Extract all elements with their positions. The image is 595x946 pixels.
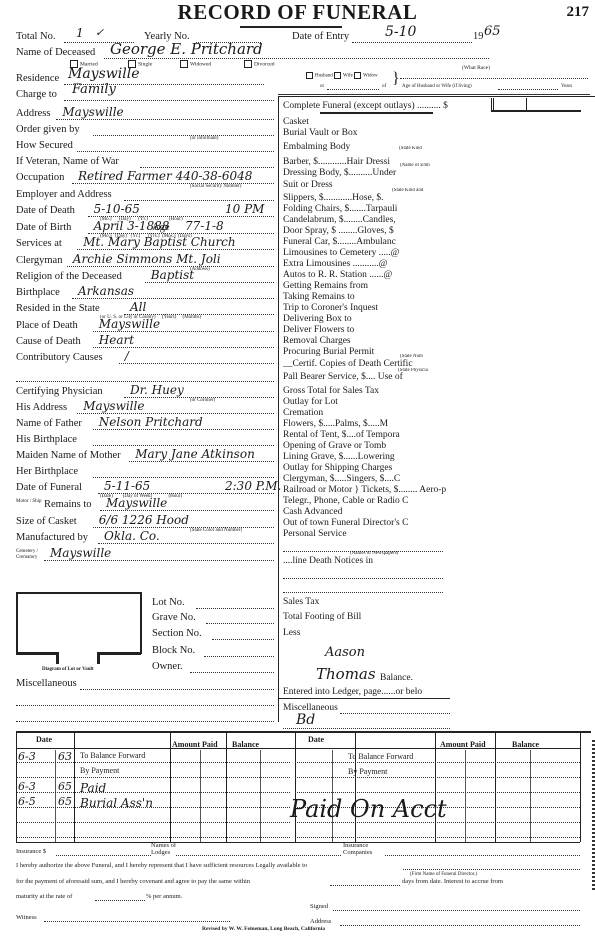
charge-item[interactable]: Limousines to Cemetery .....@ — [283, 248, 446, 258]
charge-item[interactable]: Telegr., Phone, Cable or Radio C — [283, 496, 446, 506]
ledger-header: Date — [308, 735, 324, 744]
field-label: If Veteran, Name of War — [16, 156, 119, 167]
address-field[interactable] — [340, 925, 580, 926]
charge-item[interactable]: Removal Charges — [283, 336, 446, 346]
lot-no-label: Lot No. — [152, 597, 185, 608]
ledger-label: Entered into Ledger, page......or belo — [283, 687, 422, 697]
field-value: Retired Farmer 440-38-6048 — [78, 169, 252, 183]
checkbox-icon — [180, 60, 188, 68]
charge-item[interactable]: Candelabrum, $........Candles, — [283, 215, 446, 225]
lot-no-field[interactable] — [196, 608, 274, 609]
field-value: Heart — [99, 333, 134, 347]
field-input[interactable] — [124, 200, 274, 201]
spouse-name-field[interactable] — [327, 89, 379, 90]
years-label: Years — [561, 84, 572, 89]
ledger-bottom-rule — [16, 842, 580, 843]
grave-no-label: Grave No. — [152, 612, 196, 623]
miscellaneous-field-2[interactable] — [16, 705, 274, 706]
charge-item[interactable]: Dressing Body, $..........Under — [283, 168, 446, 178]
ledger-description: To Balance Forward — [348, 752, 413, 761]
ledger-date: 6-5 — [18, 795, 36, 808]
misc-right-field[interactable] — [340, 713, 450, 714]
charge-blank-line[interactable] — [283, 578, 443, 579]
ledger-header: Amount Paid — [440, 740, 486, 749]
lot-diagram-box[interactable] — [16, 592, 142, 654]
field-input[interactable] — [119, 363, 274, 364]
ledger-row-right[interactable] — [295, 762, 580, 763]
charge-sub-note: (State Kind and — [392, 188, 446, 193]
checkbox-icon — [354, 72, 361, 79]
ledger-year: 65 — [58, 780, 72, 793]
signature-paid-on-acct: Paid On Acct — [290, 795, 447, 823]
ledger-row-right[interactable] — [295, 792, 580, 793]
misc-right-field-2[interactable] — [283, 728, 450, 729]
date-of-entry-value: 5-10 — [385, 24, 416, 40]
balance-label: Balance. — [380, 673, 413, 683]
field-label: Clergyman — [16, 255, 62, 266]
ledger-header-rule — [16, 748, 580, 749]
marital-divorced[interactable]: Divorced — [244, 60, 274, 68]
field-value: Mt. Mary Baptist Church — [83, 235, 235, 249]
age-spouse-field[interactable] — [498, 89, 558, 90]
address-label: Address — [310, 918, 331, 925]
field-label: Her Birthplace — [16, 466, 78, 477]
charge-item[interactable]: Personal Service — [283, 529, 446, 539]
field-input[interactable] — [77, 413, 274, 414]
field-input[interactable] — [72, 298, 274, 299]
page-title: RECORD OF FUNERAL — [0, 0, 595, 25]
charge-item[interactable]: Lining Grave, $......Lowering — [283, 452, 446, 462]
charge-item[interactable]: Extra Limousines ...........@ — [283, 259, 446, 269]
field-value: Archie Simmons Mt. Joli — [73, 252, 221, 266]
field-input[interactable] — [72, 183, 274, 184]
charge-item[interactable]: Total Footing of Bill — [283, 612, 446, 622]
field-input[interactable] — [93, 331, 274, 332]
field-value-secondary: 77-1-8 — [185, 219, 224, 233]
name-of-deceased-value: George E. Pritchard — [110, 40, 263, 58]
ledger-date: 6-3 — [18, 750, 36, 763]
charge-item[interactable]: Sales Tax — [283, 597, 446, 607]
diagram-border — [97, 652, 100, 664]
ledger-description: By Payment — [348, 767, 387, 776]
ledger-description: Burial Ass'n — [80, 796, 153, 810]
charge-item[interactable]: Cremation — [283, 408, 446, 418]
charge-sub-note: (Name of Emb — [400, 163, 446, 168]
charge-item[interactable]: Burial Vault or Box — [283, 128, 446, 138]
residence-value: Mayswille — [68, 66, 139, 82]
field-value: All — [130, 300, 146, 314]
field-label: Date of Funeral — [16, 482, 82, 493]
field-label: Religion of the Deceased — [16, 271, 122, 282]
field-input[interactable] — [93, 445, 274, 446]
divider — [278, 94, 590, 95]
marital-widowed[interactable]: Widowed — [180, 60, 211, 68]
ledger-header: Balance — [232, 740, 259, 749]
field-value: Mayswille — [62, 105, 123, 119]
underline — [320, 112, 433, 114]
block-no-field[interactable] — [204, 656, 274, 657]
field-label: Date of Birth — [16, 222, 71, 233]
charge-item[interactable]: Door Spray, $ ........Gloves, $ — [283, 226, 446, 236]
ledger-row-right[interactable] — [295, 837, 580, 838]
ledger-header: Balance — [512, 740, 539, 749]
spouse-line-field[interactable] — [400, 78, 588, 79]
field-value: Okla. Co. — [104, 529, 160, 543]
firm-name-note: (Firm Name of Funeral Director.) — [410, 872, 477, 877]
field-input[interactable] — [56, 119, 274, 120]
covenant-text: for the payment of aforesaid sum, and I … — [16, 878, 250, 885]
ledger-header: Amount Paid — [172, 740, 218, 749]
charge-item[interactable]: ....line Death Notices in — [283, 556, 446, 566]
section-no-field[interactable] — [212, 639, 274, 640]
charge-item[interactable]: Taking Remains to — [283, 292, 446, 302]
complete-funeral-label: Complete Funeral (except outlays) ......… — [283, 101, 448, 111]
insurance-label: Insurance $ — [16, 848, 46, 855]
charge-item[interactable]: Getting Remains from — [283, 281, 446, 291]
field-label: Address — [16, 108, 50, 119]
insurance-companies-field[interactable] — [385, 855, 580, 856]
total-rule — [491, 110, 581, 112]
field-label: Birthplace — [16, 287, 60, 298]
charge-item[interactable]: Funeral Car, $........Ambulanc — [283, 237, 446, 247]
diagram-border — [56, 652, 59, 664]
field-value: Mayswille — [106, 496, 167, 510]
field-label: Contributory Causes — [16, 352, 103, 363]
field-input[interactable] — [16, 381, 274, 382]
field-input[interactable] — [93, 135, 274, 136]
date-of-entry-label: Date of Entry — [292, 31, 349, 42]
charge-item[interactable]: Casket — [283, 117, 446, 127]
of-label: of — [382, 84, 386, 89]
charge-item[interactable]: Out of town Funeral Director's C — [283, 518, 446, 528]
field-input[interactable] — [93, 429, 274, 430]
owner-field[interactable] — [190, 672, 274, 673]
charge-item[interactable]: Railroad or Motor } Tickets, $........ A… — [283, 485, 446, 495]
lodges-label: Names of Lodges — [151, 842, 181, 856]
maturity-text: maturity at the rate of — [16, 893, 72, 900]
field-value: Arkansas — [78, 284, 134, 298]
ledger-date: 6-3 — [18, 780, 36, 793]
year-prefix: 19 — [473, 31, 484, 42]
field-label: How Secured — [16, 140, 73, 151]
ledger-subcolumn-divider — [530, 750, 531, 842]
charge-item[interactable]: Less — [283, 628, 446, 638]
ledger-row-right[interactable] — [295, 777, 580, 778]
field-label: Occupation — [16, 172, 64, 183]
ledger-row-left[interactable] — [16, 837, 290, 838]
year-value: 65 — [484, 24, 501, 39]
field-value: Mary Jane Atkinson — [135, 447, 255, 461]
charge-item[interactable]: Delivering Box to — [283, 314, 446, 324]
field-input[interactable] — [129, 461, 274, 462]
age-spouse-label: Age of Husband or Wife (if living) — [402, 84, 472, 89]
authorize-text: I hereby authorize the above Funeral, an… — [16, 862, 307, 869]
ledger-description: To Balance Forward — [80, 751, 145, 760]
field-value: Mayswille — [83, 399, 144, 413]
less-value: Aason — [325, 645, 365, 660]
field-value: Mayswille — [99, 317, 160, 331]
field-input[interactable] — [93, 347, 274, 348]
field-label: Place of Death — [16, 320, 78, 331]
ledger-subcolumn-divider — [55, 750, 56, 842]
charge-sub-note: (State Num — [400, 354, 446, 359]
field-value-secondary: 2:30 P.M. — [225, 479, 281, 493]
diagram-caption: Diagram of Lot or Vault — [42, 667, 94, 672]
signed-label: Signed — [310, 903, 328, 910]
charge-item[interactable]: Pall Bearer Service, $.... Use of — [283, 372, 446, 382]
field-label: Remains to — [44, 499, 92, 510]
ledger-description: Paid — [80, 781, 106, 795]
field-label: His Birthplace — [16, 434, 77, 445]
charge-item[interactable]: Gross Total for Sales Tax — [283, 386, 446, 396]
residence-label: Residence — [16, 73, 59, 84]
total-no-value: 1 — [76, 26, 84, 40]
charge-item[interactable]: Flowers, $.....Palms, $.....M — [283, 419, 446, 429]
charge-item[interactable]: Slippers, $............Hose, $. — [283, 193, 446, 203]
ledger-year: 63 — [58, 750, 72, 763]
title-underline — [240, 26, 342, 28]
funeral-director-field[interactable] — [403, 869, 580, 870]
field-label: Cause of Death — [16, 336, 81, 347]
days-field[interactable] — [330, 885, 400, 886]
field-label: Resided in the State — [16, 303, 100, 314]
divider — [278, 698, 450, 699]
check-mark-icon: ✓ — [95, 26, 104, 39]
charge-sub-note: (State Kind — [399, 146, 446, 151]
ledger-subcolumn-divider — [465, 750, 466, 842]
charge-item[interactable]: Folding Chairs, $.......Tarpauli — [283, 204, 446, 214]
field-input[interactable] — [77, 151, 274, 152]
date-of-entry-field[interactable] — [352, 42, 472, 43]
misc-handwriting: Bd — [296, 712, 315, 728]
or-label: or — [320, 84, 324, 89]
revised-by-text: Revised by W. W. Feineman, Long Beach, C… — [202, 926, 325, 932]
ledger-top-rule — [16, 731, 591, 733]
field-sub-note: (or informant) — [190, 136, 218, 141]
name-of-deceased-field[interactable] — [104, 58, 489, 59]
field-input[interactable] — [98, 543, 274, 544]
field-value: 5-10-65 — [94, 202, 140, 216]
field-label: Employer and Address — [16, 189, 112, 200]
field-label: Manufactured by — [16, 532, 88, 543]
ledger-row-left[interactable] — [16, 822, 290, 823]
charge-item[interactable]: Autos to R. R. Station ......@ — [283, 270, 446, 280]
miscellaneous-field-3[interactable] — [16, 721, 274, 722]
owner-label: Owner. — [152, 661, 183, 672]
diagram-border — [98, 652, 141, 655]
field-input[interactable] — [44, 560, 274, 561]
field-value: Baptist — [151, 268, 194, 282]
checkbox-icon — [244, 60, 252, 68]
field-prefix: Motor / Ship — [16, 499, 42, 505]
page-number: 217 — [567, 4, 590, 21]
spouse-checkboxes[interactable]: Husband Wife Widow — [306, 72, 378, 79]
witness-label: Witness — [16, 914, 37, 921]
charge-item[interactable]: Cash Advanced — [283, 507, 446, 517]
ledger-row-left[interactable] — [16, 777, 290, 778]
field-value: / — [125, 349, 129, 363]
field-label: Services at — [16, 238, 62, 249]
diagram-border — [16, 652, 57, 655]
field-input[interactable] — [77, 249, 274, 250]
field-value: Mayswille — [50, 546, 111, 560]
charge-sub-note: (State Physicia — [398, 368, 446, 373]
days-text: days from date. Interest to accrue from — [402, 878, 503, 885]
field-input[interactable] — [145, 282, 274, 283]
charge-to-value: Family — [72, 82, 116, 97]
age-label: Age — [152, 222, 170, 233]
field-input[interactable] — [93, 477, 274, 478]
interest-rate-field[interactable] — [95, 900, 145, 901]
brace-icon: } — [392, 71, 400, 87]
ledger-description: By Payment — [80, 766, 119, 775]
charge-item[interactable]: Trip to Coroner's Inquest — [283, 303, 446, 313]
field-label: Date of Death — [16, 205, 75, 216]
charge-item[interactable]: Clergyman, $.....Singers, $....C — [283, 474, 446, 484]
field-input[interactable] — [100, 510, 274, 511]
ledger-header: Date — [36, 735, 52, 744]
charge-item[interactable]: Opening of Grave or Tomb — [283, 441, 446, 451]
field-input[interactable] — [140, 167, 274, 168]
signed-field[interactable] — [333, 910, 580, 911]
charge-item[interactable]: Outlay for Shipping Charges — [283, 463, 446, 473]
ledger-column-divider — [580, 732, 581, 842]
charge-to-label: Charge to — [16, 89, 57, 100]
insurance-companies-label: Insurance Companies — [343, 842, 383, 856]
field-input[interactable] — [93, 527, 274, 528]
charge-to-field[interactable] — [64, 100, 274, 101]
block-no-label: Block No. — [152, 645, 195, 656]
field-label: Size of Casket — [16, 516, 77, 527]
field-label: Maiden Name of Mother — [16, 450, 121, 461]
field-label: Certifying Physician — [16, 386, 103, 397]
insurance-field[interactable] — [56, 855, 151, 856]
grave-no-field[interactable] — [206, 623, 274, 624]
field-label: Order given by — [16, 124, 80, 135]
name-of-deceased-label: Name of Deceased — [16, 47, 95, 58]
what-race-note: (What Race) — [462, 65, 490, 71]
charge-blank-line[interactable] — [283, 592, 443, 593]
section-no-label: Section No. — [152, 628, 202, 639]
field-input[interactable] — [67, 266, 274, 267]
field-value: 5-11-65 — [104, 479, 150, 493]
field-label: Name of Father — [16, 418, 82, 429]
miscellaneous-label: Miscellaneous — [16, 678, 77, 689]
charge-item[interactable]: Rental of Tent, $....of Tempora — [283, 430, 446, 440]
field-value: Nelson Pritchard — [99, 415, 203, 429]
charge-item[interactable]: Outlay for Lot — [283, 397, 446, 407]
per-annum-text: % per annum. — [146, 893, 182, 900]
ledger-year: 65 — [58, 795, 72, 808]
field-prefix: Cemetery / Crematory — [16, 549, 42, 561]
checkbox-icon — [306, 72, 313, 79]
field-value-secondary: 10 PM — [225, 202, 264, 216]
ledger-handwriting: Thomas — [316, 665, 376, 683]
field-value: Dr. Huey — [130, 383, 184, 397]
charge-item[interactable]: Deliver Flowers to — [283, 325, 446, 335]
field-sub-note: (State Color and Number) — [190, 528, 242, 533]
ledger-subcolumn-divider — [260, 750, 261, 842]
checkbox-icon — [334, 72, 341, 79]
charge-sub-note: (Names of Newspapers) — [350, 551, 446, 556]
witness-field[interactable] — [44, 921, 230, 922]
total-no-label: Total No. — [16, 31, 56, 42]
lodges-field[interactable] — [176, 855, 341, 856]
field-value: 6/6 1226 Hood — [99, 513, 189, 527]
field-sub-note: (Social Security Number) — [190, 184, 241, 189]
ledger-subcolumn-divider — [200, 750, 201, 842]
miscellaneous-field[interactable] — [80, 689, 274, 690]
field-label: His Address — [16, 402, 67, 413]
field-sub-note: (or Coroner) — [190, 398, 215, 403]
